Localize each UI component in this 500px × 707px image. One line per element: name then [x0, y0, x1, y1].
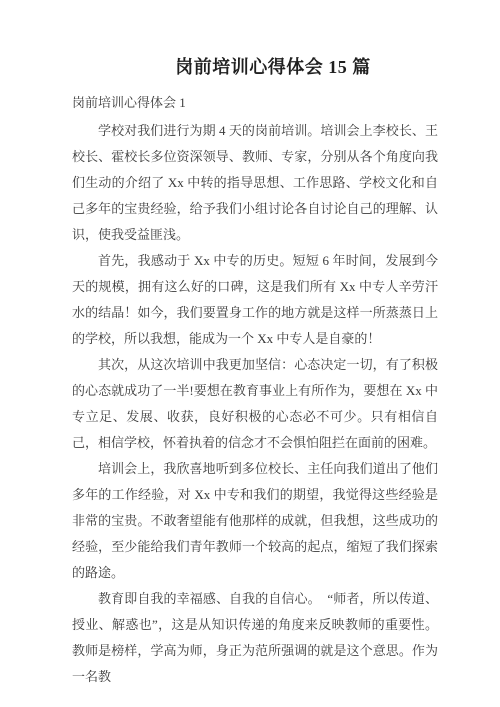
document-subtitle: 岗前培训心得体会 1: [72, 90, 438, 116]
document-content: 岗前培训心得体会 15 篇 岗前培训心得体会 1 学校对我们进行为期 4 天的岗…: [0, 0, 500, 707]
paragraph-5: 教育即自我的幸福感、自我的自信心。 “师者，所以传道、授业、解惑也”，这是从知识…: [72, 586, 438, 690]
paragraph-4: 培训会上，我欣喜地听到多位校长、主任向我们道出了他们多年的工作经验，对 Xx 中…: [72, 456, 438, 586]
paragraph-1: 学校对我们进行为期 4 天的岗前培训。培训会上李校长、王校长、霍校长多位资深领导…: [72, 118, 438, 248]
paragraph-3: 其次，从这次培训中我更加坚信：心态决定一切，有了积极的心态就成功了一半!要想在教…: [72, 352, 438, 456]
document-title: 岗前培训心得体会 15 篇: [72, 54, 438, 81]
document-page: 岗前培训心得体会 15 篇 岗前培训心得体会 1 学校对我们进行为期 4 天的岗…: [0, 0, 500, 707]
paragraph-2: 首先，我感动于 Xx 中专的历史。短短 6 年时间，发展到今天的规模，拥有这么好…: [72, 248, 438, 352]
